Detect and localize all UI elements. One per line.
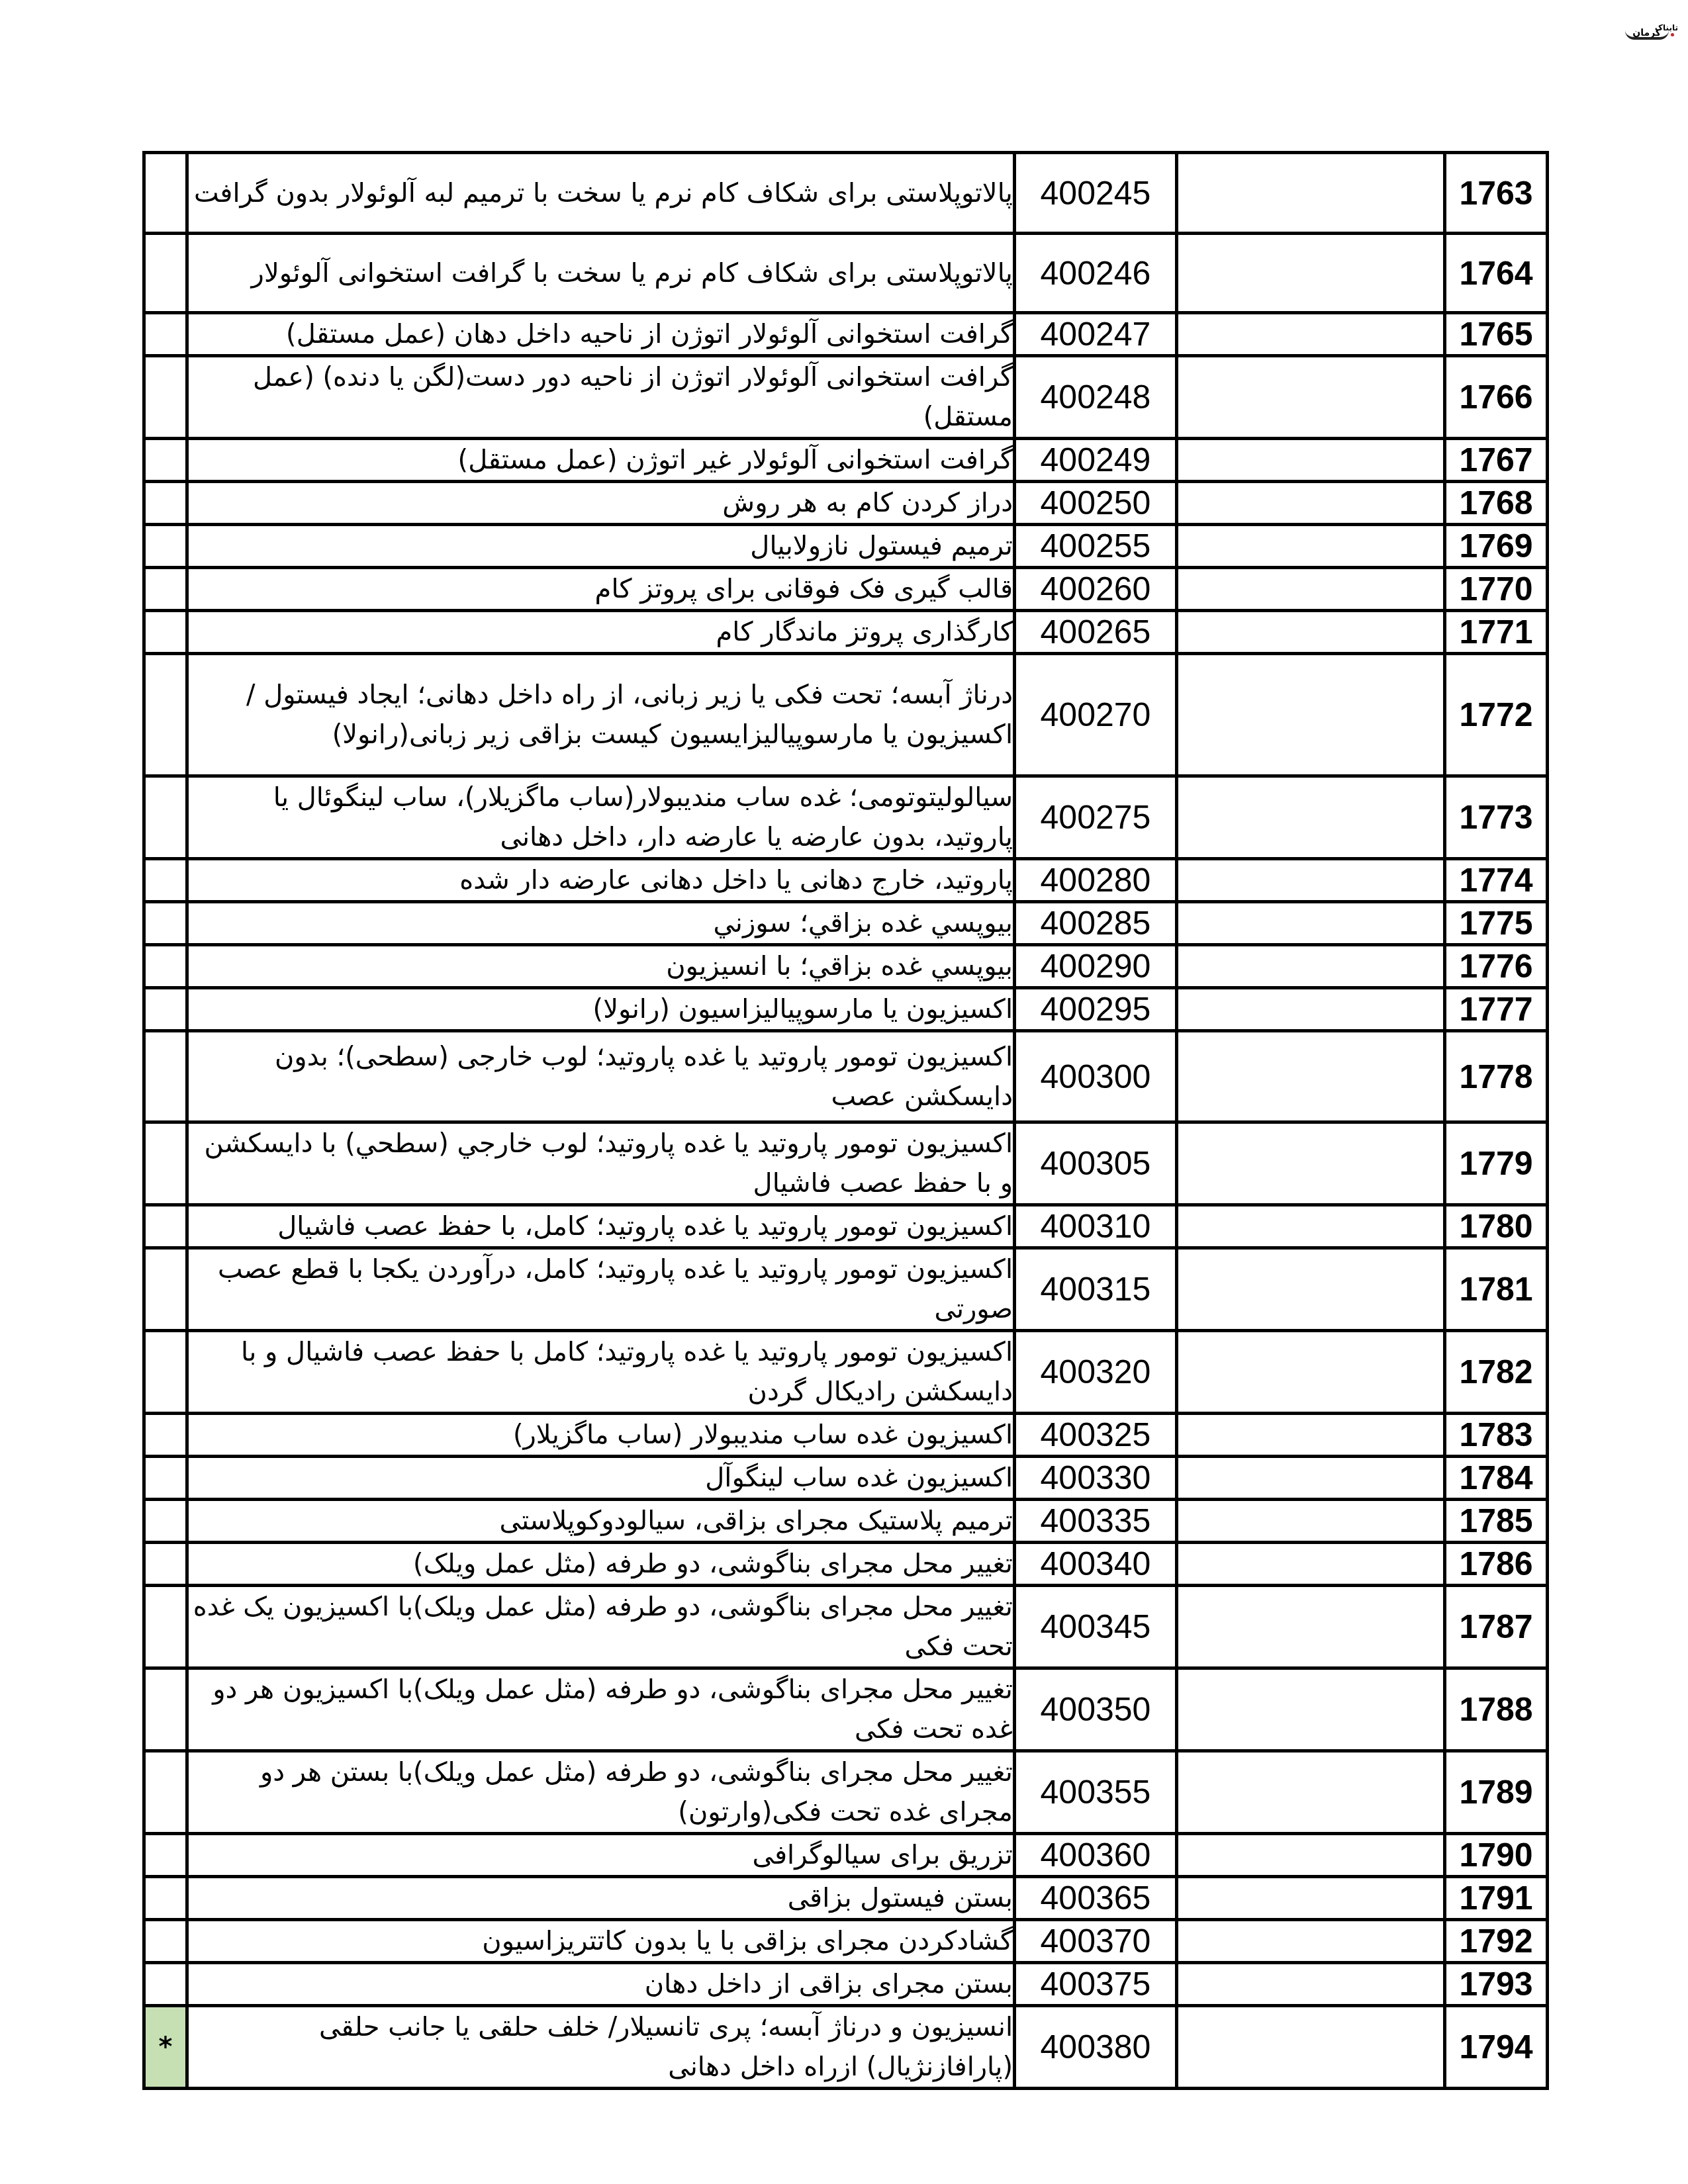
- code-cell: 400350: [1015, 1668, 1177, 1751]
- row-number-cell: 1780: [1445, 1205, 1548, 1248]
- blank-cell: [1177, 313, 1445, 356]
- row-number-cell: 1767: [1445, 439, 1548, 482]
- flag-cell: [144, 1963, 187, 2006]
- blank-cell: [1177, 1331, 1445, 1414]
- logo-swoosh-icon: [1625, 30, 1669, 40]
- blank-cell: [1177, 2006, 1445, 2089]
- table-row: تغییر محل مجرای بناگوشی، دو طرفه (مثل عم…: [144, 1668, 1548, 1751]
- blank-cell: [1177, 1877, 1445, 1920]
- description-cell: پالاتوپلاستی برای شکاف کام نرم یا سخت با…: [187, 234, 1015, 313]
- table-row: قالب گیری فک فوقانی برای پروتز کام400260…: [144, 568, 1548, 611]
- description-cell: پالاتوپلاستی برای شکاف کام نرم یا سخت با…: [187, 153, 1015, 234]
- blank-cell: [1177, 1205, 1445, 1248]
- blank-cell: [1177, 654, 1445, 776]
- code-cell: 400325: [1015, 1414, 1177, 1457]
- code-cell: 400260: [1015, 568, 1177, 611]
- flag-cell: [144, 1586, 187, 1668]
- row-number-cell: 1792: [1445, 1920, 1548, 1963]
- blank-cell: [1177, 356, 1445, 439]
- code-cell: 400375: [1015, 1963, 1177, 2006]
- description-cell: بیوپسي غده بزاقي؛ سوزني: [187, 902, 1015, 945]
- description-cell: اکسیزیون غده ساب لینگوآل: [187, 1457, 1015, 1500]
- table-body: پالاتوپلاستی برای شکاف کام نرم یا سخت با…: [144, 153, 1548, 2089]
- blank-cell: [1177, 902, 1445, 945]
- description-cell: اکسیزیون تومور پاروتید یا غده پاروتید؛ ک…: [187, 1205, 1015, 1248]
- table-row: دراز کردن کام به هر روش4002501768: [144, 482, 1548, 525]
- flag-cell: [144, 902, 187, 945]
- row-number-cell: 1779: [1445, 1122, 1548, 1205]
- code-cell: 400355: [1015, 1751, 1177, 1834]
- code-cell: 400370: [1015, 1920, 1177, 1963]
- blank-cell: [1177, 1963, 1445, 2006]
- table-row: گشادکردن مجرای بزاقی با یا بدون کاتتریزا…: [144, 1920, 1548, 1963]
- blank-cell: [1177, 1500, 1445, 1543]
- table-row: ترمیم فیستول نازولابیال4002551769: [144, 525, 1548, 568]
- blank-cell: [1177, 568, 1445, 611]
- code-cell: 400250: [1015, 482, 1177, 525]
- blank-cell: [1177, 988, 1445, 1031]
- code-cell: 400285: [1015, 902, 1177, 945]
- row-number-cell: 1770: [1445, 568, 1548, 611]
- description-cell: اکسیزیون تومور پاروتید یا غده پاروتید؛ ک…: [187, 1331, 1015, 1414]
- description-cell: گرافت استخوانی آلوئولار اتوژن از ناحیه د…: [187, 356, 1015, 439]
- flag-cell: [144, 1414, 187, 1457]
- description-cell: پاروتید، خارج دهانی یا داخل دهانی عارضه …: [187, 859, 1015, 902]
- blank-cell: [1177, 1668, 1445, 1751]
- blank-cell: [1177, 153, 1445, 234]
- table-row: اکسیزیون تومور پاروتید یا غده پاروتید؛ ک…: [144, 1248, 1548, 1331]
- flag-cell: [144, 945, 187, 988]
- flag-cell: [144, 153, 187, 234]
- procedure-codes-table: پالاتوپلاستی برای شکاف کام نرم یا سخت با…: [142, 151, 1549, 2090]
- blank-cell: [1177, 234, 1445, 313]
- blank-cell: [1177, 1834, 1445, 1877]
- row-number-cell: 1778: [1445, 1031, 1548, 1122]
- flag-cell: [144, 859, 187, 902]
- code-cell: 400265: [1015, 611, 1177, 654]
- table-row: بیوپسي غده بزاقي؛ با انسیزیون4002901776: [144, 945, 1548, 988]
- flag-cell: [144, 1031, 187, 1122]
- flag-cell: [144, 482, 187, 525]
- row-number-cell: 1785: [1445, 1500, 1548, 1543]
- table-row: ترمیم پلاستیک مجرای بزاقی، سیالودوکوپلاس…: [144, 1500, 1548, 1543]
- description-cell: اکسیزیون تومور پاروتید یا غده پاروتید؛ ل…: [187, 1031, 1015, 1122]
- table-row: پالاتوپلاستی برای شکاف کام نرم یا سخت با…: [144, 234, 1548, 313]
- code-cell: 400340: [1015, 1543, 1177, 1586]
- row-number-cell: 1781: [1445, 1248, 1548, 1331]
- row-number-cell: 1769: [1445, 525, 1548, 568]
- description-cell: ترمیم فیستول نازولابیال: [187, 525, 1015, 568]
- table-row: اکسیزیون تومور پاروتید یا غده پاروتید؛ ل…: [144, 1031, 1548, 1122]
- flag-cell: [144, 1122, 187, 1205]
- row-number-cell: 1772: [1445, 654, 1548, 776]
- flag-cell: [144, 1877, 187, 1920]
- code-cell: 400255: [1015, 525, 1177, 568]
- code-cell: 400245: [1015, 153, 1177, 234]
- description-cell: تغییر محل مجرای بناگوشی، دو طرفه (مثل عم…: [187, 1668, 1015, 1751]
- table-row: تغییر محل مجرای بناگوشی، دو طرفه (مثل عم…: [144, 1751, 1548, 1834]
- code-cell: 400280: [1015, 859, 1177, 902]
- code-cell: 400360: [1015, 1834, 1177, 1877]
- row-number-cell: 1763: [1445, 153, 1548, 234]
- row-number-cell: 1764: [1445, 234, 1548, 313]
- table-row: گرافت استخوانی آلوئولار اتوژن از ناحیه د…: [144, 356, 1548, 439]
- row-number-cell: 1771: [1445, 611, 1548, 654]
- flag-cell: [144, 525, 187, 568]
- code-cell: 400380: [1015, 2006, 1177, 2089]
- table-row: پاروتید، خارج دهانی یا داخل دهانی عارضه …: [144, 859, 1548, 902]
- blank-cell: [1177, 525, 1445, 568]
- table-row: پالاتوپلاستی برای شکاف کام نرم یا سخت با…: [144, 153, 1548, 234]
- table-row: *انسیزیون و درناژ آبسه؛ پری تانسیلار/ خل…: [144, 2006, 1548, 2089]
- code-cell: 400305: [1015, 1122, 1177, 1205]
- row-number-cell: 1788: [1445, 1668, 1548, 1751]
- flag-cell: [144, 1920, 187, 1963]
- code-cell: 400345: [1015, 1586, 1177, 1668]
- blank-cell: [1177, 945, 1445, 988]
- blank-cell: [1177, 859, 1445, 902]
- flag-cell: [144, 313, 187, 356]
- description-cell: تغییر محل مجرای بناگوشی، دو طرفه (مثل عم…: [187, 1543, 1015, 1586]
- row-number-cell: 1774: [1445, 859, 1548, 902]
- table-row: درناژ آبسه؛ تحت فکی یا زیر زبانی، از راه…: [144, 654, 1548, 776]
- flag-cell: [144, 1668, 187, 1751]
- code-cell: 400249: [1015, 439, 1177, 482]
- flag-cell: [144, 356, 187, 439]
- row-number-cell: 1776: [1445, 945, 1548, 988]
- description-cell: کارگذاری پروتز ماندگار کام: [187, 611, 1015, 654]
- description-cell: اکسیزیون یا مارسوپیالیزاسیون (رانولا): [187, 988, 1015, 1031]
- table-row: تغییر محل مجرای بناگوشی، دو طرفه (مثل عم…: [144, 1586, 1548, 1668]
- flag-cell: [144, 1751, 187, 1834]
- code-cell: 400300: [1015, 1031, 1177, 1122]
- flag-cell: [144, 1834, 187, 1877]
- description-cell: اکسیزیون تومور پاروتید یا غده پاروتید؛ ل…: [187, 1122, 1015, 1205]
- table-row: بستن مجرای بزاقی از داخل دهان4003751793: [144, 1963, 1548, 2006]
- description-cell: گرافت استخوانی آلوئولار غیر اتوژن (عمل م…: [187, 439, 1015, 482]
- table-row: اکسیزیون غده ساب لینگوآل4003301784: [144, 1457, 1548, 1500]
- blank-cell: [1177, 439, 1445, 482]
- flag-cell: [144, 988, 187, 1031]
- row-number-cell: 1790: [1445, 1834, 1548, 1877]
- table-row: کارگذاری پروتز ماندگار کام4002651771: [144, 611, 1548, 654]
- code-cell: 400315: [1015, 1248, 1177, 1331]
- row-number-cell: 1777: [1445, 988, 1548, 1031]
- table-row: اکسیزیون تومور پاروتید یا غده پاروتید؛ ک…: [144, 1205, 1548, 1248]
- blank-cell: [1177, 1031, 1445, 1122]
- flag-cell: [144, 1457, 187, 1500]
- description-cell: اکسیزیون غده ساب مندیبولار (ساب ماگزیلار…: [187, 1414, 1015, 1457]
- blank-cell: [1177, 1920, 1445, 1963]
- flag-cell: [144, 1500, 187, 1543]
- code-cell: 400320: [1015, 1331, 1177, 1414]
- code-cell: 400295: [1015, 988, 1177, 1031]
- description-cell: بستن مجرای بزاقی از داخل دهان: [187, 1963, 1015, 2006]
- table-row: اکسیزیون تومور پاروتید یا غده پاروتید؛ ل…: [144, 1122, 1548, 1205]
- table-row: تزریق برای سیالوگرافی4003601790: [144, 1834, 1548, 1877]
- code-cell: 400290: [1015, 945, 1177, 988]
- blank-cell: [1177, 1457, 1445, 1500]
- blank-cell: [1177, 1414, 1445, 1457]
- description-cell: سیالولیتوتومی؛ غده ساب مندیبولار(ساب ماگ…: [187, 776, 1015, 859]
- code-cell: 400330: [1015, 1457, 1177, 1500]
- description-cell: بستن فیستول بزاقی: [187, 1877, 1015, 1920]
- description-cell: درناژ آبسه؛ تحت فکی یا زیر زبانی، از راه…: [187, 654, 1015, 776]
- code-cell: 400247: [1015, 313, 1177, 356]
- code-cell: 400248: [1015, 356, 1177, 439]
- code-cell: 400275: [1015, 776, 1177, 859]
- row-number-cell: 1775: [1445, 902, 1548, 945]
- blank-cell: [1177, 611, 1445, 654]
- description-cell: ترمیم پلاستیک مجرای بزاقی، سیالودوکوپلاس…: [187, 1500, 1015, 1543]
- flag-cell: [144, 1543, 187, 1586]
- row-number-cell: 1768: [1445, 482, 1548, 525]
- row-number-cell: 1765: [1445, 313, 1548, 356]
- table-row: سیالولیتوتومی؛ غده ساب مندیبولار(ساب ماگ…: [144, 776, 1548, 859]
- row-number-cell: 1789: [1445, 1751, 1548, 1834]
- table-row: بیوپسي غده بزاقي؛ سوزني4002851775: [144, 902, 1548, 945]
- blank-cell: [1177, 482, 1445, 525]
- table-row: اکسیزیون تومور پاروتید یا غده پاروتید؛ ک…: [144, 1331, 1548, 1414]
- table-row: بستن فیستول بزاقی4003651791: [144, 1877, 1548, 1920]
- code-cell: 400270: [1015, 654, 1177, 776]
- flag-cell: [144, 439, 187, 482]
- description-cell: تغییر محل مجرای بناگوشی، دو طرفه (مثل عم…: [187, 1586, 1015, 1668]
- code-cell: 400335: [1015, 1500, 1177, 1543]
- flag-cell: [144, 1205, 187, 1248]
- row-number-cell: 1783: [1445, 1414, 1548, 1457]
- blank-cell: [1177, 1122, 1445, 1205]
- row-number-cell: 1784: [1445, 1457, 1548, 1500]
- flag-cell: [144, 776, 187, 859]
- description-cell: گشادکردن مجرای بزاقی با یا بدون کاتتریزا…: [187, 1920, 1015, 1963]
- description-cell: بیوپسي غده بزاقي؛ با انسیزیون: [187, 945, 1015, 988]
- row-number-cell: 1794: [1445, 2006, 1548, 2089]
- flag-cell: [144, 234, 187, 313]
- flag-cell: [144, 568, 187, 611]
- description-cell: دراز کردن کام به هر روش: [187, 482, 1015, 525]
- row-number-cell: 1787: [1445, 1586, 1548, 1668]
- code-cell: 400310: [1015, 1205, 1177, 1248]
- blank-cell: [1177, 776, 1445, 859]
- description-cell: تغییر محل مجرای بناگوشی، دو طرفه (مثل عم…: [187, 1751, 1015, 1834]
- table-row: تغییر محل مجرای بناگوشی، دو طرفه (مثل عم…: [144, 1543, 1548, 1586]
- table-row: اکسیزیون یا مارسوپیالیزاسیون (رانولا)400…: [144, 988, 1548, 1031]
- description-cell: انسیزیون و درناژ آبسه؛ پری تانسیلار/ خلف…: [187, 2006, 1015, 2089]
- table-row: گرافت استخوانی آلوئولار اتوژن از ناحیه د…: [144, 313, 1548, 356]
- table-row: اکسیزیون غده ساب مندیبولار (ساب ماگزیلار…: [144, 1414, 1548, 1457]
- table-row: گرافت استخوانی آلوئولار غیر اتوژن (عمل م…: [144, 439, 1548, 482]
- flag-cell: [144, 1331, 187, 1414]
- description-cell: اکسیزیون تومور پاروتید یا غده پاروتید؛ ک…: [187, 1248, 1015, 1331]
- description-cell: تزریق برای سیالوگرافی: [187, 1834, 1015, 1877]
- logo-dot-icon: [1671, 33, 1674, 36]
- code-cell: 400365: [1015, 1877, 1177, 1920]
- blank-cell: [1177, 1586, 1445, 1668]
- row-number-cell: 1793: [1445, 1963, 1548, 2006]
- publisher-logo: تابناک کرمان: [1625, 19, 1678, 41]
- blank-cell: [1177, 1248, 1445, 1331]
- code-cell: 400246: [1015, 234, 1177, 313]
- flag-cell: [144, 611, 187, 654]
- row-number-cell: 1773: [1445, 776, 1548, 859]
- flag-cell: [144, 1248, 187, 1331]
- row-number-cell: 1791: [1445, 1877, 1548, 1920]
- row-number-cell: 1782: [1445, 1331, 1548, 1414]
- description-cell: گرافت استخوانی آلوئولار اتوژن از ناحیه د…: [187, 313, 1015, 356]
- flag-cell: *: [144, 2006, 187, 2089]
- row-number-cell: 1766: [1445, 356, 1548, 439]
- blank-cell: [1177, 1543, 1445, 1586]
- row-number-cell: 1786: [1445, 1543, 1548, 1586]
- description-cell: قالب گیری فک فوقانی برای پروتز کام: [187, 568, 1015, 611]
- flag-cell: [144, 654, 187, 776]
- blank-cell: [1177, 1751, 1445, 1834]
